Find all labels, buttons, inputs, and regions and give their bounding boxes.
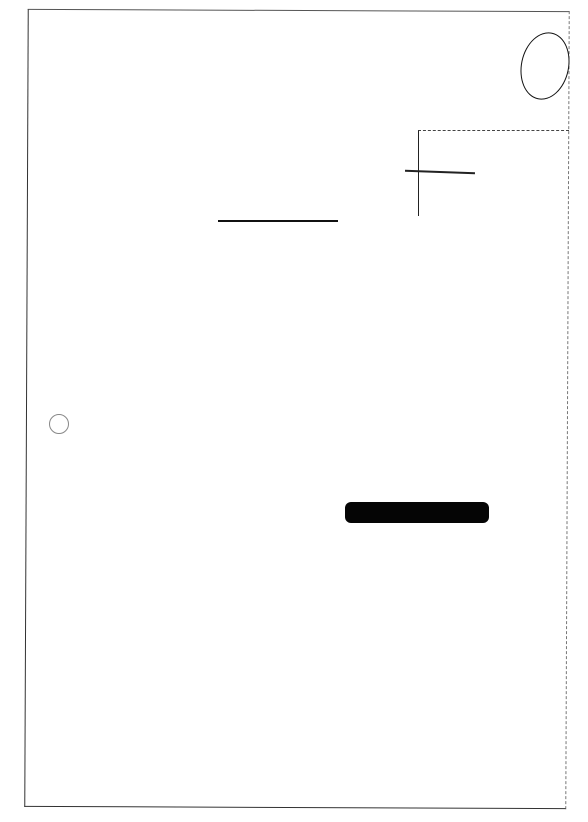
archive-stamp — [418, 130, 569, 216]
redaction-block — [345, 502, 489, 523]
punch-hole — [49, 414, 69, 434]
document-page — [24, 9, 569, 809]
title-underline — [218, 220, 338, 222]
